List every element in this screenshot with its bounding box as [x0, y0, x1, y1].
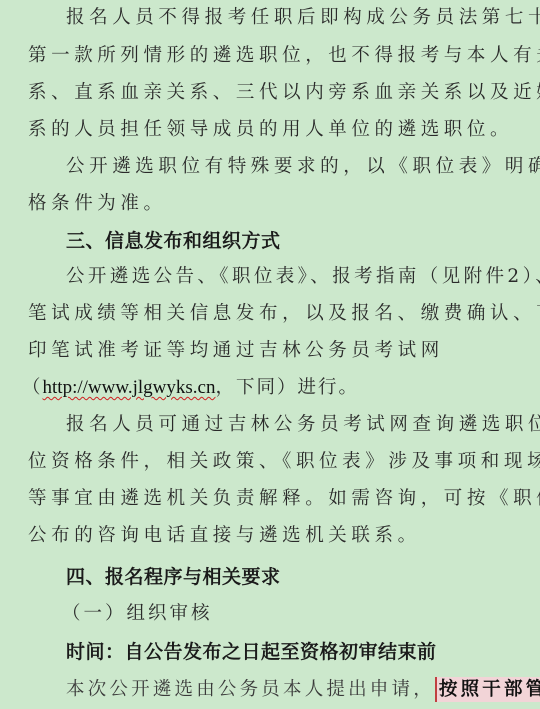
time-line: 时间：自公告发布之日起至资格初审结束前 — [66, 637, 437, 667]
p5-line1: 本次公开遴选由公务员本人提出申请，按照干部管理 — [66, 675, 512, 705]
highlighted-text[interactable]: 按照干部管理 — [435, 677, 540, 702]
section-heading-3: 三、信息发布和组织方式 — [66, 226, 281, 256]
p5-plain-text: 本次公开遴选由公务员本人提出申请， — [66, 679, 435, 700]
p4-line4: 公布的咨询电话直接与遴选机关联系。 — [28, 521, 512, 551]
p4-line2: 位资格条件，相关政策、《职位表》涉及事项和现场审核 — [28, 447, 512, 477]
website-link[interactable]: http://www.jlgwyks.cn — [43, 377, 216, 398]
p4-line3: 等事宜由遴选机关负责解释。如需咨询，可按《职位表》 — [28, 484, 512, 514]
p3-line4: （http://www.jlgwyks.cn，下同）进行。 — [22, 373, 506, 403]
p3-line1: 公开遴选公告、《职位表》、报考指南（见附件2）、 — [66, 262, 512, 292]
subsection-heading-1: （一）组织审核 — [62, 599, 213, 629]
p1-line4: 系的人员担任领导成员的用人单位的遴选职位。 — [28, 115, 512, 145]
p3-line2: 笔试成绩等相关信息发布，以及报名、缴费确认、下载打 — [28, 299, 512, 329]
p3-line3: 印笔试准考证等均通过吉林公务员考试网 — [28, 336, 512, 366]
p1-line1: 报名人员不得报考任职后即构成公务员法第七十四条 — [66, 3, 512, 33]
p1-line2: 第一款所列情形的遴选职位，也不得报考与本人有夫妻关 — [28, 41, 512, 71]
p2-line2: 格条件为准。 — [28, 189, 512, 219]
document-page: 报名人员不得报考任职后即构成公务员法第七十四条 第一款所列情形的遴选职位，也不得… — [0, 0, 540, 709]
p3-line4-rest: ，下同）进行。 — [215, 377, 359, 398]
section-heading-4: 四、报名程序与相关要求 — [66, 562, 281, 592]
p4-line1: 报名人员可通过吉林公务员考试网查询遴选职位和职 — [66, 410, 512, 440]
p1-line3: 系、直系血亲关系、三代以内旁系血亲关系以及近姻亲关 — [28, 78, 512, 108]
paren-open: （ — [22, 377, 43, 398]
p2-line1: 公开遴选职位有特殊要求的，以《职位表》明确的资 — [66, 152, 512, 182]
